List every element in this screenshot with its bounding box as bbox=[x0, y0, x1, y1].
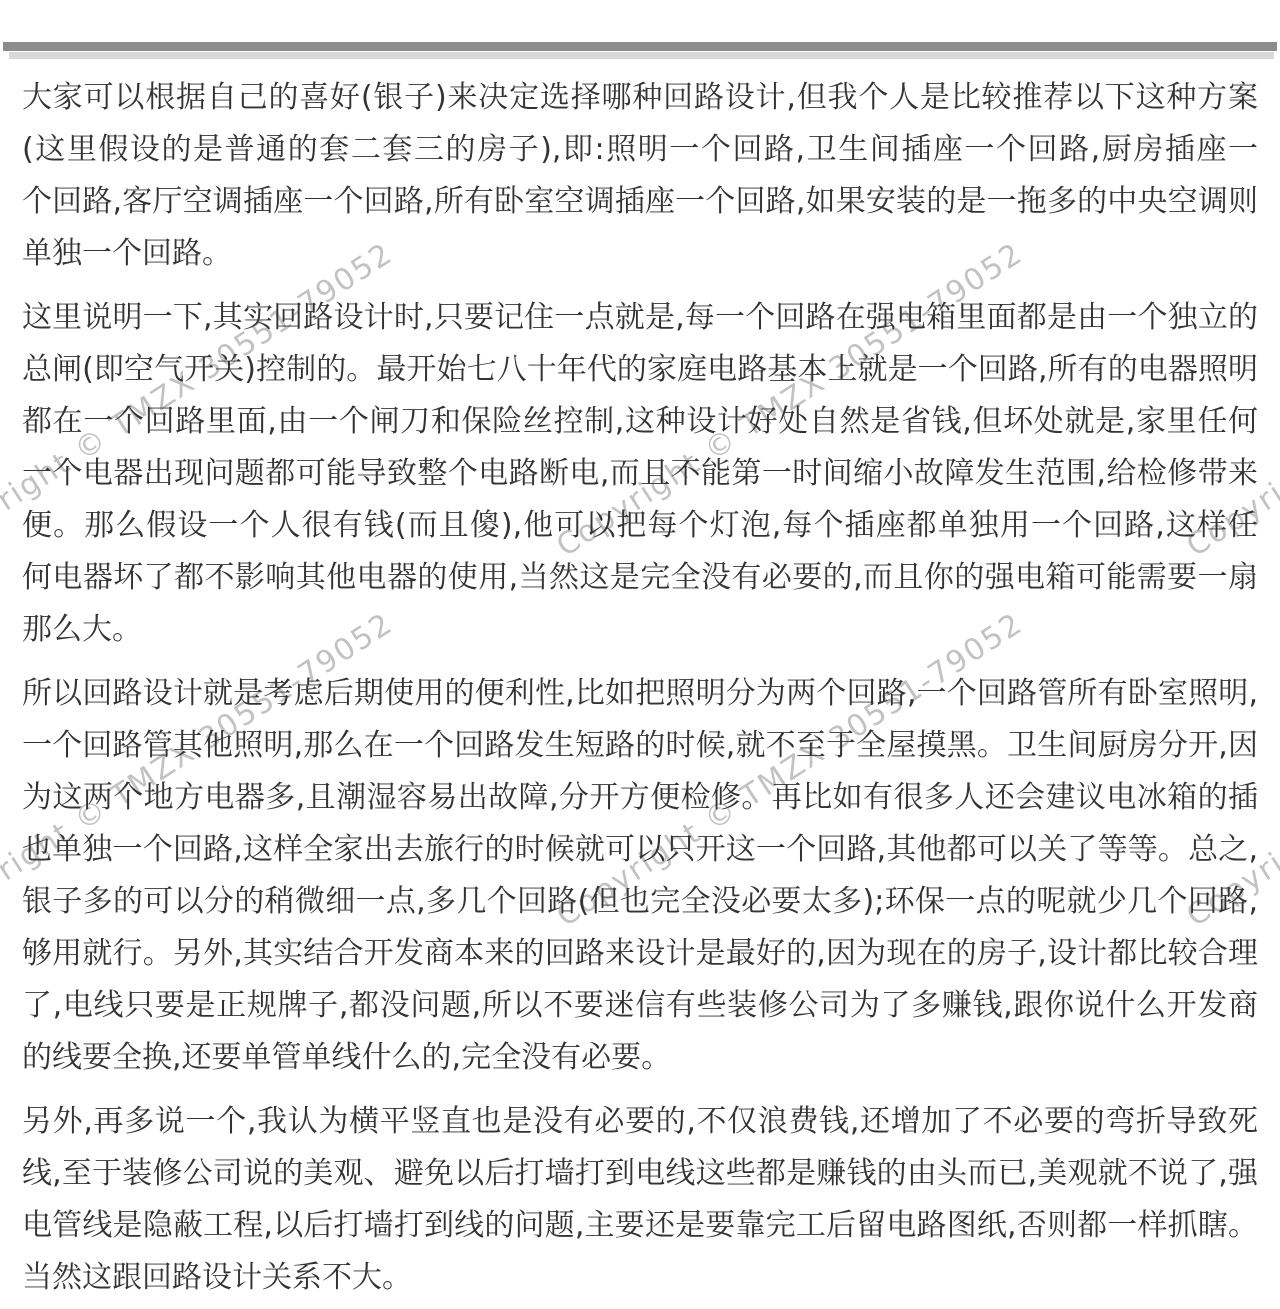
text-line: 单独一个回路。 bbox=[22, 228, 1258, 280]
document-page: Copyright © TMZX 30551-79052Copyright © … bbox=[0, 0, 1280, 1309]
text-line: 所以回路设计就是考虑后期使用的便利性,比如把照明分为两个回路,一个回路管所有卧室… bbox=[22, 668, 1258, 720]
text-line: 个回路,客厅空调插座一个回路,所有卧室空调插座一个回路,如果安装的是一拖多的中央… bbox=[22, 176, 1258, 228]
text-line: (这里假设的是普通的套二套三的房子),即:照明一个回路,卫生间插座一个回路,厨房… bbox=[22, 124, 1258, 176]
text-line: 总闸(即空气开关)控制的。最开始七八十年代的家庭电路基本上就是一个回路,所有的电… bbox=[22, 344, 1258, 396]
text-line: 为这两个地方电器多,且潮湿容易出故障,分开方便检修。再比如有很多人还会建议电冰箱… bbox=[22, 772, 1258, 824]
paragraph: 另外,再多说一个,我认为横平竖直也是没有必要的,不仅浪费钱,还增加了不必要的弯折… bbox=[22, 1096, 1258, 1304]
text-line: 当然这跟回路设计关系不大。 bbox=[22, 1252, 1258, 1304]
paragraph: 所以回路设计就是考虑后期使用的便利性,比如把照明分为两个回路,一个回路管所有卧室… bbox=[22, 668, 1258, 1084]
text-line: 便。那么假设一个人很有钱(而且傻),他可以把每个灯泡,每个插座都单独用一个回路,… bbox=[22, 500, 1258, 552]
text-line: 另外,再多说一个,我认为横平竖直也是没有必要的,不仅浪费钱,还增加了不必要的弯折… bbox=[22, 1096, 1258, 1148]
top-divider-shadow bbox=[9, 52, 1274, 59]
text-line: 了,电线只要是正规牌子,都没问题,所以不要迷信有些装修公司为了多赚钱,跟你说什么… bbox=[22, 980, 1258, 1032]
article: 大家可以根据自己的喜好(银子)来决定选择哪种回路设计,但我个人是比较推荐以下这种… bbox=[22, 72, 1258, 1309]
text-line: 那么大。 bbox=[22, 604, 1258, 656]
text-line: 一个电器出现问题都可能导致整个电路断电,而且不能第一时间缩小故障发生范围,给检修… bbox=[22, 448, 1258, 500]
paragraph: 这里说明一下,其实回路设计时,只要记住一点就是,每一个回路在强电箱里面都是由一个… bbox=[22, 292, 1258, 656]
text-line: 都在一个回路里面,由一个闸刀和保险丝控制,这种设计好处自然是省钱,但坏处就是,家… bbox=[22, 396, 1258, 448]
text-line: 也单独一个回路,这样全家出去旅行的时候就可以只开这一个回路,其他都可以关了等等。… bbox=[22, 824, 1258, 876]
text-line: 电管线是隐蔽工程,以后打墙打到线的问题,主要还是要靠完工后留电路图纸,否则都一样… bbox=[22, 1200, 1258, 1252]
text-line: 大家可以根据自己的喜好(银子)来决定选择哪种回路设计,但我个人是比较推荐以下这种… bbox=[22, 72, 1258, 124]
text-line: 一个回路管其他照明,那么在一个回路发生短路的时候,就不至于全屋摸黑。卫生间厨房分… bbox=[22, 720, 1258, 772]
text-line: 的线要全换,还要单管单线什么的,完全没有必要。 bbox=[22, 1032, 1258, 1084]
text-line: 够用就行。另外,其实结合开发商本来的回路来设计是最好的,因为现在的房子,设计都比… bbox=[22, 928, 1258, 980]
paragraph: 大家可以根据自己的喜好(银子)来决定选择哪种回路设计,但我个人是比较推荐以下这种… bbox=[22, 72, 1258, 280]
text-line: 线,至于装修公司说的美观、避免以后打墙打到电线这些都是赚钱的由头而已,美观就不说… bbox=[22, 1148, 1258, 1200]
top-divider-dark bbox=[3, 42, 1277, 51]
text-line: 何电器坏了都不影响其他电器的使用,当然这是完全没有必要的,而且你的强电箱可能需要… bbox=[22, 552, 1258, 604]
text-line: 这里说明一下,其实回路设计时,只要记住一点就是,每一个回路在强电箱里面都是由一个… bbox=[22, 292, 1258, 344]
text-line: 银子多的可以分的稍微细一点,多几个回路(但也完全没必要太多);环保一点的呢就少几… bbox=[22, 876, 1258, 928]
